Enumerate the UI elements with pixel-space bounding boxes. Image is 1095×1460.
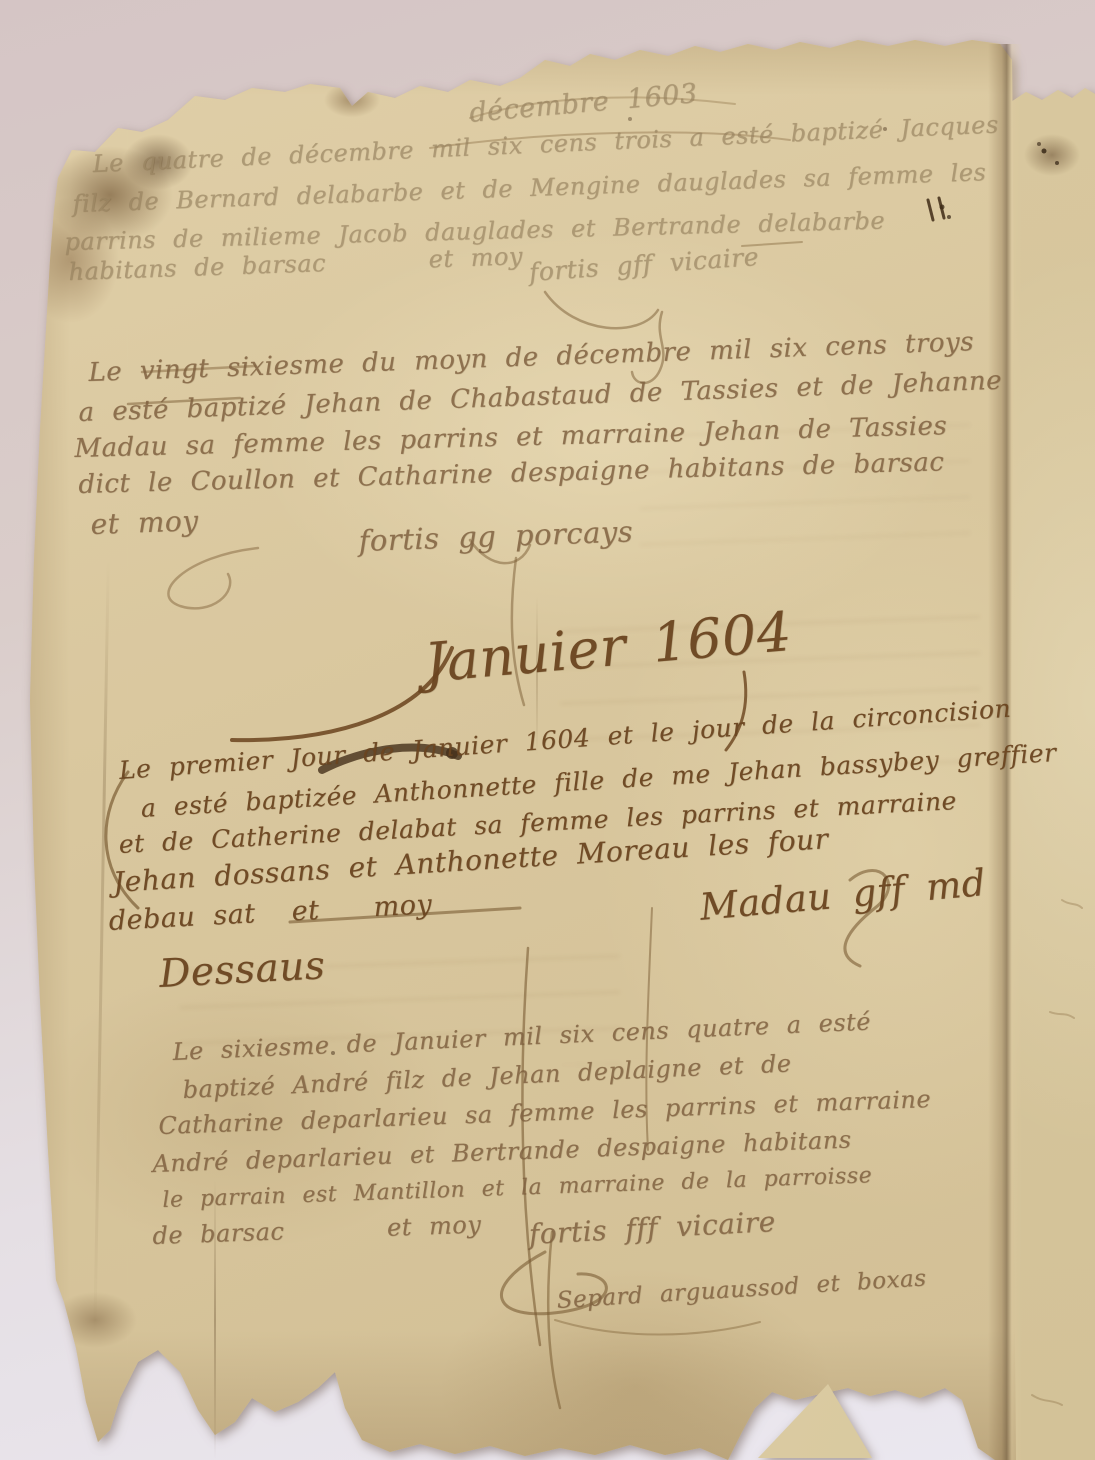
- left-margin-flourish: [168, 548, 258, 608]
- manuscript-scan: décembre 1603 Le quatre de décembre mil …: [0, 0, 1095, 1460]
- january-heading-swash: [232, 648, 452, 740]
- margin-tally-mark: [928, 198, 944, 220]
- entry3-postscript: Dessaus: [158, 943, 326, 997]
- facing-page-text-trace: [1032, 900, 1082, 1405]
- entry2-line5: et moy: [90, 504, 199, 541]
- signature-paraph-1: [545, 292, 658, 328]
- countersignature-underline: [555, 1320, 760, 1335]
